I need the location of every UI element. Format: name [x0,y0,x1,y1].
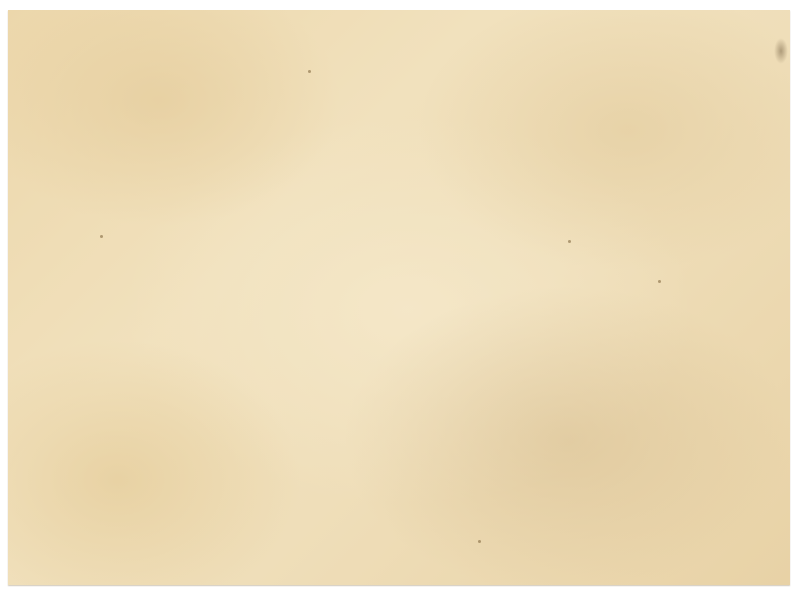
paper-speck [100,235,103,238]
ink-smudge-mark [774,38,788,64]
paper-speck [658,280,661,283]
paper-speck [308,70,311,73]
paper-speck [478,540,481,543]
aged-paper-sheet [8,10,790,585]
image-canvas [0,0,800,595]
paper-speck [568,240,571,243]
